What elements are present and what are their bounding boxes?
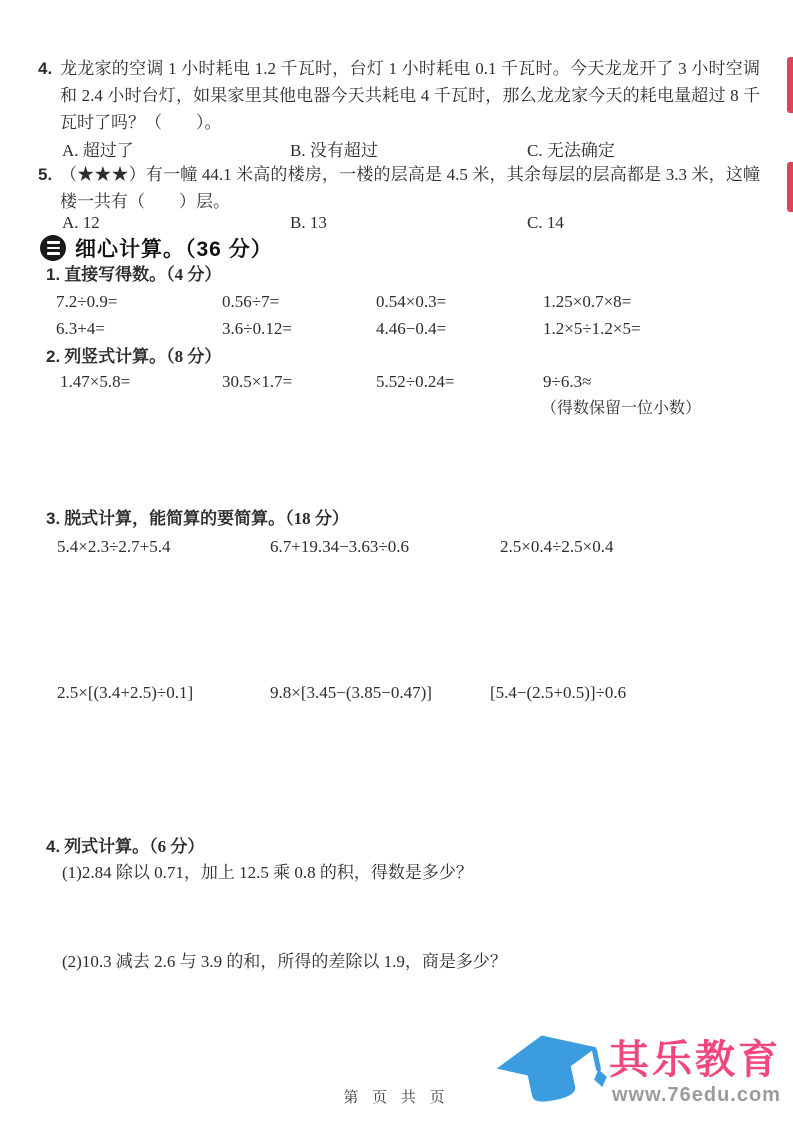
section-3-header: 细心计算。（36 分） bbox=[40, 233, 273, 263]
section-3-title: 细心计算。（36 分） bbox=[75, 233, 273, 263]
calc-item: 5.4×2.3÷2.7+5.4 bbox=[57, 535, 171, 559]
calc-item: [5.4−(2.5+0.5)]÷0.6 bbox=[490, 681, 626, 705]
calc-item: 1.2×5÷1.2×5= bbox=[543, 317, 641, 341]
graduation-cap-icon bbox=[497, 1030, 609, 1118]
question-4-number: 4. bbox=[38, 55, 60, 136]
calc-item: 0.56÷7= bbox=[222, 290, 279, 314]
calc-item: 9÷6.3≈ bbox=[543, 370, 591, 394]
calc-item: 2.5×[(3.4+2.5)÷0.1] bbox=[57, 681, 193, 705]
calc-item: 2.5×0.4÷2.5×0.4 bbox=[500, 535, 614, 559]
calc-item: 1.25×0.7×8= bbox=[543, 290, 631, 314]
sub2-number: 2. bbox=[46, 347, 60, 366]
section-three-circle-icon bbox=[40, 235, 66, 261]
calc-item: 6.3+4= bbox=[56, 317, 105, 341]
calc-item: 3.6÷0.12= bbox=[222, 317, 292, 341]
stepwise-calc-row-1: 5.4×2.3÷2.7+5.4 6.7+19.34−3.63÷0.6 2.5×0… bbox=[57, 535, 792, 559]
option-c: C. 无法确定 bbox=[527, 137, 615, 164]
calc-item: 9.8×[3.45−(3.85−0.47)] bbox=[270, 681, 432, 705]
brand-url: www.76edu.com bbox=[612, 1084, 781, 1107]
question-5: 5. （★★★）有一幢 44.1 米高的楼房，一楼的层高是 4.5 米，其余每层… bbox=[38, 161, 760, 215]
red-highlight-mark bbox=[787, 57, 793, 113]
sub4-title: 4.列式计算。（6 分） bbox=[46, 835, 204, 859]
red-highlight-mark bbox=[787, 162, 793, 212]
question-4-options: A. 超过了 B. 没有超过 C. 无法确定 bbox=[62, 137, 777, 164]
mental-calc-row-1: 7.2÷0.9= 0.56÷7= 0.54×0.3= 1.25×0.7×8= bbox=[56, 290, 791, 314]
sub3-title: 3.脱式计算，能简算的要简算。（18 分） bbox=[46, 507, 349, 531]
option-c: C. 14 bbox=[527, 209, 564, 236]
word-problem-2: (2)10.3 减去 2.6 与 3.9 的和，所得的差除以 1.9，商是多少？ bbox=[62, 949, 752, 975]
brand-logo bbox=[497, 1030, 609, 1122]
question-4-text: 龙龙家的空调 1 小时耗电 1.2 千瓦时，台灯 1 小时耗电 0.1 千瓦时。… bbox=[60, 55, 760, 136]
calc-item: 4.46−0.4= bbox=[376, 317, 446, 341]
vertical-calc-row: 1.47×5.8= 30.5×1.7= 5.52÷0.24= 9÷6.3≈ bbox=[60, 370, 793, 394]
calc-item: 0.54×0.3= bbox=[376, 290, 446, 314]
option-b: B. 没有超过 bbox=[290, 137, 378, 164]
sub1-number: 1. bbox=[46, 265, 60, 284]
question-4: 4. 龙龙家的空调 1 小时耗电 1.2 千瓦时，台灯 1 小时耗电 0.1 千… bbox=[38, 55, 760, 136]
option-a: A. 超过了 bbox=[62, 137, 134, 164]
mental-calc-row-2: 6.3+4= 3.6÷0.12= 4.46−0.4= 1.2×5÷1.2×5= bbox=[56, 317, 791, 341]
rounding-note: （得数保留一位小数） bbox=[541, 395, 701, 418]
question-5-text: （★★★）有一幢 44.1 米高的楼房，一楼的层高是 4.5 米，其余每层的层高… bbox=[60, 161, 760, 215]
sub2-title: 2.列竖式计算。（8 分） bbox=[46, 345, 221, 369]
calc-item: 6.7+19.34−3.63÷0.6 bbox=[270, 535, 409, 559]
question-5-number: 5. bbox=[38, 161, 60, 215]
sub3-number: 3. bbox=[46, 509, 60, 528]
calc-item: 30.5×1.7= bbox=[222, 370, 292, 394]
calc-item: 5.52÷0.24= bbox=[376, 370, 454, 394]
sub4-number: 4. bbox=[46, 837, 60, 856]
brand-name: 其乐教育 bbox=[609, 1038, 781, 1082]
question-5-options: A. 12 B. 13 C. 14 bbox=[62, 209, 777, 236]
sub1-title: 1.直接写得数。（4 分） bbox=[46, 263, 221, 287]
option-b: B. 13 bbox=[290, 209, 327, 236]
stepwise-calc-row-2: 2.5×[(3.4+2.5)÷0.1] 9.8×[3.45−(3.85−0.47… bbox=[57, 681, 792, 705]
option-a: A. 12 bbox=[62, 209, 100, 236]
calc-item: 1.47×5.8= bbox=[60, 370, 130, 394]
worksheet-page: { "colors": { "brand_pink": "#f0477c", "… bbox=[0, 0, 793, 1122]
word-problem-1: (1)2.84 除以 0.71，加上 12.5 乘 0.8 的积，得数是多少？ bbox=[62, 860, 752, 886]
calc-item: 7.2÷0.9= bbox=[56, 290, 117, 314]
